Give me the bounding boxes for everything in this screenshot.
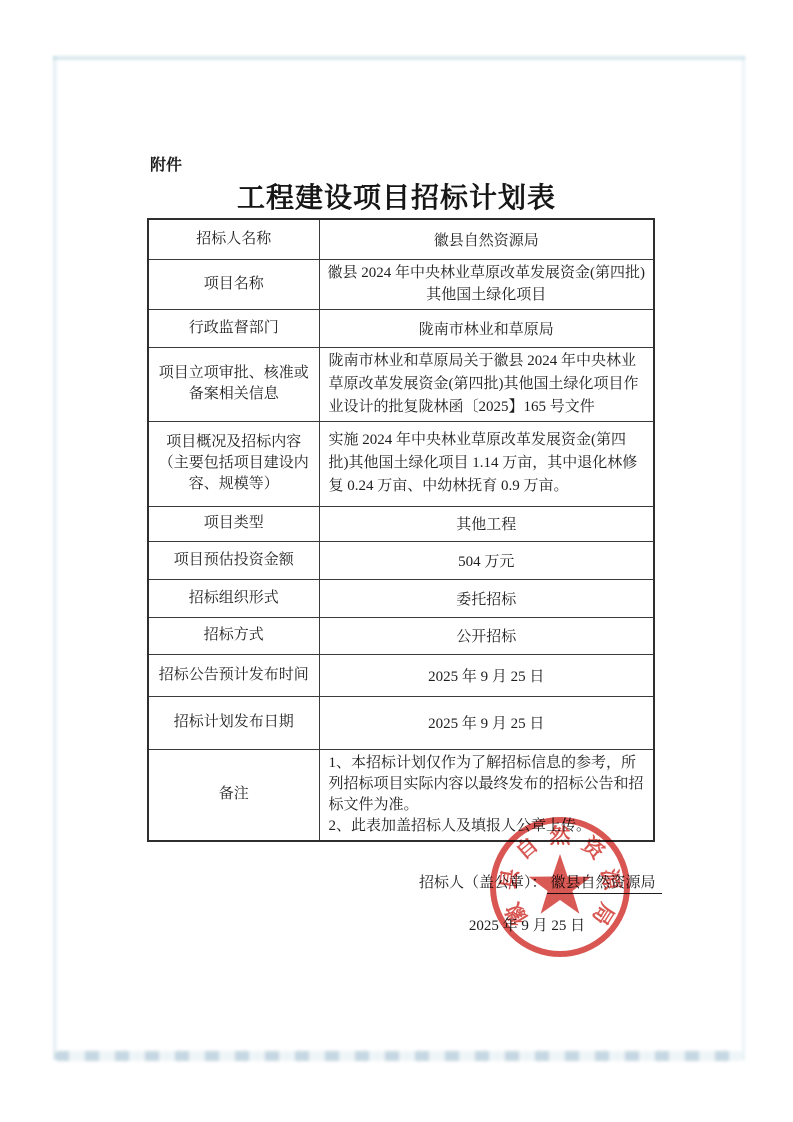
- row-label: 招标人名称: [148, 219, 319, 259]
- row-label: 项目类型: [148, 506, 319, 541]
- row-value: 504 万元: [319, 541, 654, 579]
- paper-edge-top: [53, 56, 745, 60]
- bidding-plan-table: 招标人名称 徽县自然资源局 项目名称 徽县 2024 年中央林业草原改革发展资金…: [147, 218, 655, 842]
- table-row: 招标组织形式 委托招标: [148, 579, 654, 617]
- table-row: 项目名称 徽县 2024 年中央林业草原改革发展资金(第四批)其他国土绿化项目: [148, 259, 654, 309]
- row-value: 其他工程: [319, 506, 654, 541]
- row-value: 陇南市林业和草原局关于徽县 2024 年中央林业草原改革发展资金(第四批)其他国…: [319, 347, 654, 421]
- row-value: 徽县 2024 年中央林业草原改革发展资金(第四批)其他国土绿化项目: [319, 259, 654, 309]
- table-row: 行政监督部门 陇南市林业和草原局: [148, 309, 654, 347]
- table-row: 项目类型 其他工程: [148, 506, 654, 541]
- row-value: 徽县自然资源局: [319, 219, 654, 259]
- table-row: 备注 1、本招标计划仅作为了解招标信息的参考，所列招标项目实际内容以最终发布的招…: [148, 749, 654, 841]
- row-label: 招标公告预计发布时间: [148, 654, 319, 696]
- page-title: 工程建设项目招标计划表: [0, 176, 793, 216]
- row-label: 项目概况及招标内容（主要包括项目建设内容、规模等）: [148, 421, 319, 506]
- row-value: 陇南市林业和草原局: [319, 309, 654, 347]
- bidder-signature-line: 招标人（盖公章）：徽县自然资源局: [419, 871, 662, 892]
- attachment-label: 附件: [150, 152, 182, 175]
- table-row: 招标人名称 徽县自然资源局: [148, 219, 654, 259]
- row-label: 行政监督部门: [148, 309, 319, 347]
- paper-edge-bottom: [55, 1051, 743, 1061]
- row-value: 委托招标: [319, 579, 654, 617]
- row-label: 招标计划发布日期: [148, 696, 319, 749]
- signature-date: 2025 年 9 月 25 日: [407, 914, 647, 935]
- row-label: 备注: [148, 749, 319, 841]
- remark-line: 2、此表加盖招标人及填报人公章上传。: [329, 816, 645, 837]
- row-label: 招标组织形式: [148, 579, 319, 617]
- table-row: 招标计划发布日期 2025 年 9 月 25 日: [148, 696, 654, 749]
- table-row: 项目预估投资金额 504 万元: [148, 541, 654, 579]
- signer-value: 徽县自然资源局: [547, 875, 662, 894]
- row-value: 2025 年 9 月 25 日: [319, 696, 654, 749]
- row-value: 公开招标: [319, 617, 654, 654]
- row-label: 项目名称: [148, 259, 319, 309]
- signer-label: 招标人（盖公章）：: [419, 875, 547, 891]
- remark-line: 1、本招标计划仅作为了解招标信息的参考，所列招标项目实际内容以最终发布的招标公告…: [329, 753, 645, 816]
- row-label: 项目预估投资金额: [148, 541, 319, 579]
- row-label: 项目立项审批、核准或备案相关信息: [148, 347, 319, 421]
- table-row: 项目立项审批、核准或备案相关信息 陇南市林业和草原局关于徽县 2024 年中央林…: [148, 347, 654, 421]
- row-label: 招标方式: [148, 617, 319, 654]
- row-value: 2025 年 9 月 25 日: [319, 654, 654, 696]
- table-row: 项目概况及招标内容（主要包括项目建设内容、规模等） 实施 2024 年中央林业草…: [148, 421, 654, 506]
- table-row: 招标方式 公开招标: [148, 617, 654, 654]
- row-value: 实施 2024 年中央林业草原改革发展资金(第四批)其他国土绿化项目 1.14 …: [319, 421, 654, 506]
- row-value: 1、本招标计划仅作为了解招标信息的参考，所列招标项目实际内容以最终发布的招标公告…: [319, 749, 654, 841]
- table-row: 招标公告预计发布时间 2025 年 9 月 25 日: [148, 654, 654, 696]
- scanned-document-page: 附件 工程建设项目招标计划表 招标人名称 徽县自然资源局 项目名称 徽县 202…: [0, 0, 793, 1122]
